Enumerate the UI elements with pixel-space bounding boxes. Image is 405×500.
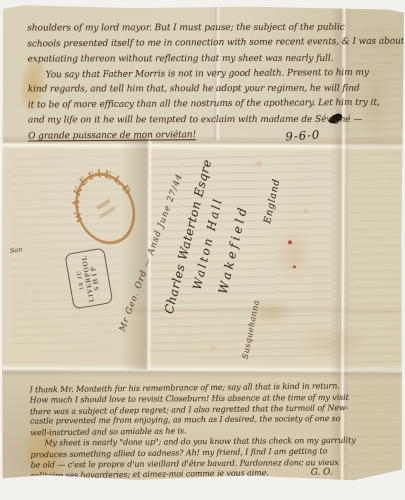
wax-seal-fragment — [288, 240, 292, 244]
signature-initials: G. O. — [311, 468, 333, 478]
liverpool-ship-postmark: 18 JU LIVERPOOL SHIP — [64, 248, 113, 310]
letter-line: kind regards, and tell him that, should … — [28, 82, 404, 98]
margin-note: San — [9, 245, 22, 255]
letter-line: schools presented itself to me in connec… — [27, 35, 403, 53]
letter-sheet: shoulders of my lord mayor. But I must p… — [1, 5, 404, 483]
wax-seal-smudge — [272, 226, 314, 282]
postal-rate-marking: 9-6-0 — [285, 127, 321, 143]
letter-line: shoulders of my lord mayor. But I must p… — [27, 21, 403, 37]
letter-line: it to be of more efficacy than all the n… — [28, 96, 404, 114]
foxing-spot — [208, 344, 218, 351]
liverpool-postmark-ship: SHIP — [90, 264, 102, 291]
letter-line: expatiating thereon without reflecting t… — [28, 51, 404, 67]
letter-text-top-block: shoulders of my lord mayor. But I must p… — [27, 20, 404, 145]
address-line-town: Wakefield — [216, 203, 251, 295]
letter-text-bottom-block: I thank Mr. Monteith for his remembrance… — [30, 381, 391, 483]
wakefield-postmark: WAKEFIELD — [62, 160, 149, 257]
wax-seal-fragment — [293, 265, 296, 268]
fold-crease-bottom — [1, 363, 402, 379]
letter-line-underlined: O grande puissance de mon orviétan! — [28, 127, 404, 145]
foxing-spot — [254, 160, 263, 167]
stain-right — [295, 324, 369, 360]
foxing-spot — [302, 208, 309, 214]
ship-endorsement: Susquehanna — [241, 299, 262, 360]
address-line-country: England — [262, 178, 282, 225]
letter-line: and my life on it he will be tempted to … — [28, 112, 404, 128]
scanned-letter: shoulders of my lord mayor. But I must p… — [0, 0, 405, 500]
